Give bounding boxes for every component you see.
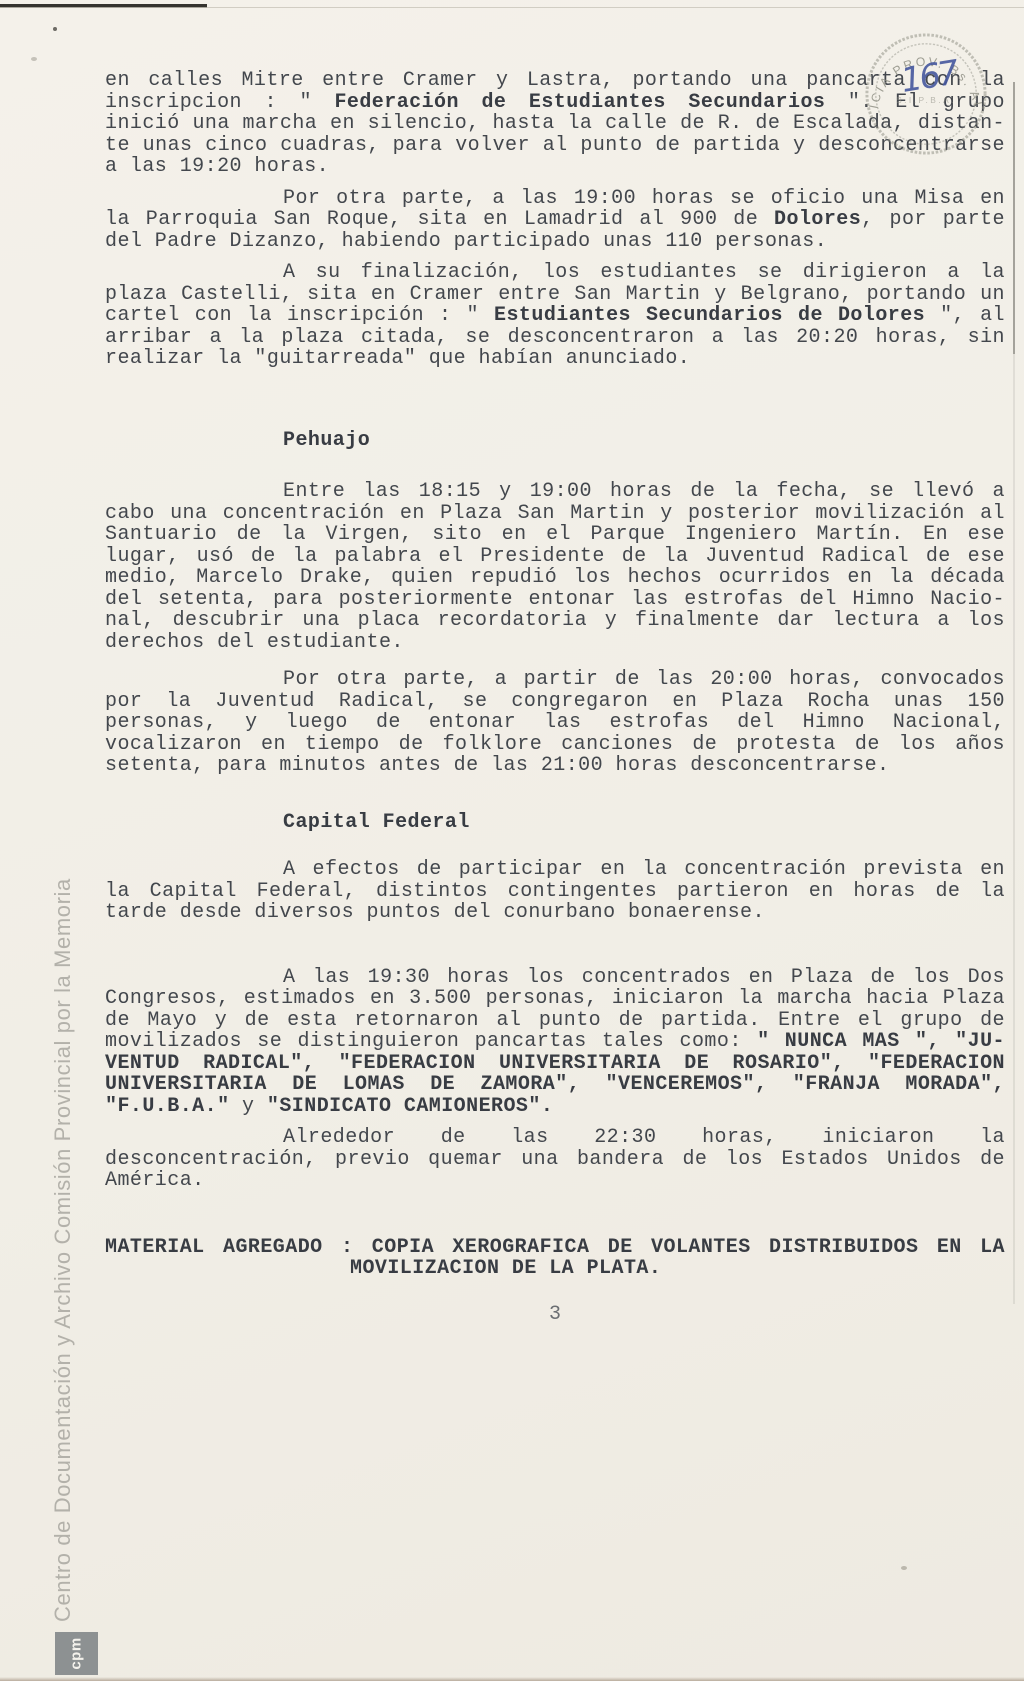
typed-line: nal, descubrir una placa recordatoria y …: [105, 610, 1005, 632]
paragraph: A su finalización, los estudiantes se di…: [105, 262, 1005, 370]
typed-line: la Parroquia San Roque, sita en Lamadrid…: [105, 209, 1005, 231]
typed-line: América.: [105, 1170, 1005, 1192]
typed-line: Congresos, estimados en 3.500 personas, …: [105, 988, 1005, 1010]
typed-line: VENTUD RADICAL", "FEDERACION UNIVERSITAR…: [105, 1053, 1005, 1075]
scan-edge-artifact: [1013, 82, 1015, 354]
typed-line: Por otra parte, a las 19:00 horas se ofi…: [105, 188, 1005, 210]
document-body: en calles Mitre entre Cramer y Lastra, p…: [105, 70, 1005, 1280]
section-heading: Pehuajo: [105, 430, 1005, 452]
paragraph: Alrededor de las 22:30 horas, iniciaron …: [105, 1127, 1005, 1192]
paragraph: A efectos de participar en la concentrac…: [105, 859, 1005, 924]
typed-line: desconcentración, previo quemar una band…: [105, 1149, 1005, 1171]
typed-line: Por otra parte, a partir de las 20:00 ho…: [105, 669, 1005, 691]
archive-watermark: Centro de Documentación y Archivo Comisi…: [50, 878, 76, 1622]
typed-line: de Mayo y de esta retornaron al punto de…: [105, 1010, 1005, 1032]
typed-line: movilizados se distinguieron pancartas t…: [105, 1031, 1005, 1053]
cpm-logo: cpm: [55, 1632, 98, 1675]
typed-line: inició una marcha en silencio, hasta la …: [105, 113, 1005, 135]
scan-speck: [901, 1566, 907, 1570]
paragraph: MATERIAL AGREGADO : COPIA XEROGRAFICA DE…: [105, 1237, 1005, 1280]
typed-line: medio, Marcelo Drake, quien repudió los …: [105, 567, 1005, 589]
paragraph: en calles Mitre entre Cramer y Lastra, p…: [105, 70, 1005, 178]
typed-line: A efectos de participar en la concentrac…: [105, 859, 1005, 881]
typed-line: por la Juventud Radical, se congregaron …: [105, 691, 1005, 713]
typed-line: MATERIAL AGREGADO : COPIA XEROGRAFICA DE…: [105, 1237, 1005, 1259]
typed-line: tarde desde diversos puntos del conurban…: [105, 902, 1005, 924]
typed-line: en calles Mitre entre Cramer y Lastra, p…: [105, 70, 1005, 92]
scan-speck: [31, 57, 37, 61]
typed-line: Entre las 18:15 y 19:00 horas de la fech…: [105, 481, 1005, 503]
typed-line: A su finalización, los estudiantes se di…: [105, 262, 1005, 284]
paragraph: Entre las 18:15 y 19:00 horas de la fech…: [105, 481, 1005, 653]
section-heading: Capital Federal: [105, 812, 1005, 834]
typed-line: del Padre Dizanzo, habiendo participado …: [105, 231, 1005, 253]
typed-line: Santuario de la Virgen, sito en el Parqu…: [105, 524, 1005, 546]
typed-line: del setenta, para posteriormente entonar…: [105, 589, 1005, 611]
typed-line: cabo una concentración en Plaza San Mart…: [105, 503, 1005, 525]
typed-line: te unas cinco cuadras, para volver al pu…: [105, 135, 1005, 157]
typed-line: cartel con la inscripción : " Estudiante…: [105, 305, 1005, 327]
typed-line: lugar, usó de la palabra el Presidente d…: [105, 546, 1005, 568]
typed-line: inscripcion : " Federación de Estudiante…: [105, 92, 1005, 114]
typed-line: derechos del estudiante.: [105, 632, 1005, 654]
typed-line: UNIVERSITARIA DE LOMAS DE ZAMORA", "VENC…: [105, 1074, 1005, 1096]
typed-line: A las 19:30 horas los concentrados en Pl…: [105, 967, 1005, 989]
paragraph: Por otra parte, a las 19:00 horas se ofi…: [105, 188, 1005, 253]
typed-line: arribar a la plaza citada, se desconcent…: [105, 327, 1005, 349]
scan-edge-artifact: [0, 1677, 1024, 1681]
typed-line: a las 19:20 horas.: [105, 156, 1005, 178]
scan-speck: [53, 27, 57, 31]
scan-edge-artifact: [1013, 354, 1015, 1304]
typed-line: MOVILIZACION DE LA PLATA.: [105, 1258, 1005, 1280]
typed-line: personas, y luego de entonar las estrofa…: [105, 712, 1005, 734]
typed-line: realizar la "guitarreada" que habían anu…: [105, 348, 1005, 370]
typed-line: "F.U.B.A." y "SINDICATO CAMIONEROS".: [105, 1096, 1005, 1118]
page-number: 3: [105, 1303, 1005, 1326]
typed-line: la Capital Federal, distintos contingent…: [105, 881, 1005, 903]
typed-line: setenta, para minutos antes de las 21:00…: [105, 755, 1005, 777]
typed-line: vocalizaron en tiempo de folklore cancio…: [105, 734, 1005, 756]
typed-line: Alrededor de las 22:30 horas, iniciaron …: [105, 1127, 1005, 1149]
paragraph: A las 19:30 horas los concentrados en Pl…: [105, 967, 1005, 1118]
cpm-logo-text: cpm: [68, 1637, 85, 1669]
paragraph: Por otra parte, a partir de las 20:00 ho…: [105, 669, 1005, 777]
typed-line: plaza Castelli, sita en Cramer entre San…: [105, 284, 1005, 306]
scan-edge-artifact: [0, 7, 1024, 8]
